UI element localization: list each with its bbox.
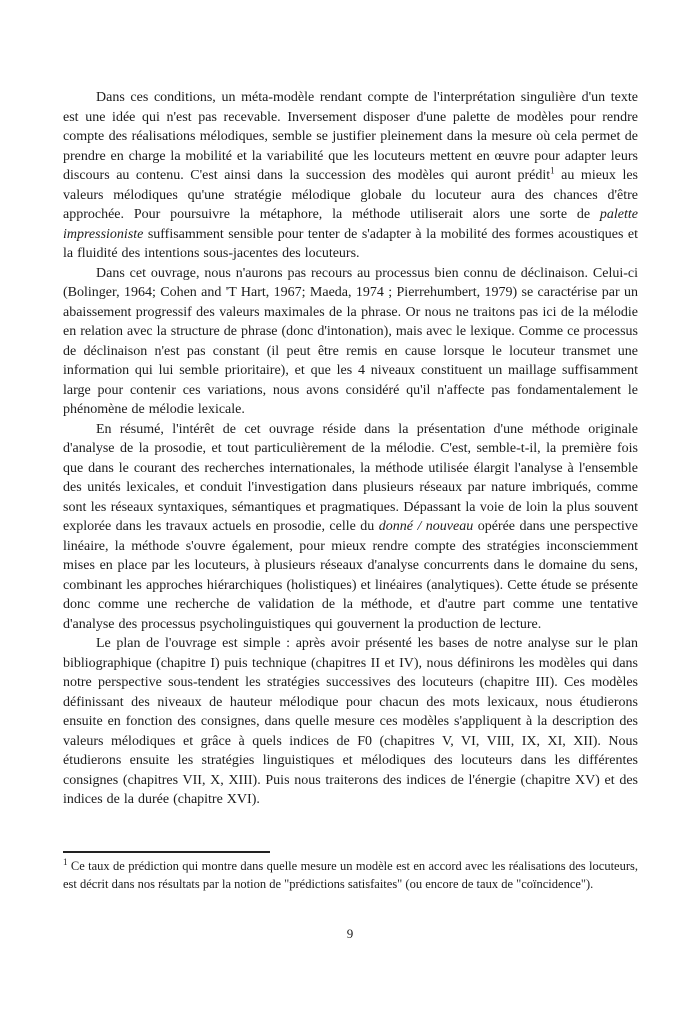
text-run: Le plan de l'ouvrage est simple : après … bbox=[63, 636, 638, 807]
paragraph: Le plan de l'ouvrage est simple : après … bbox=[63, 634, 638, 810]
text-run: Dans cet ouvrage, nous n'aurons pas reco… bbox=[63, 266, 638, 418]
italic-text-run: donné / nouveau bbox=[379, 519, 473, 534]
page-number: 9 bbox=[0, 926, 700, 942]
text-run: opérée dans une perspective linéaire, la… bbox=[63, 519, 638, 632]
text-run: suffisamment sensible pour tenter de s'a… bbox=[63, 227, 638, 262]
paragraph: Dans cet ouvrage, nous n'aurons pas reco… bbox=[63, 264, 638, 420]
paragraph: En résumé, l'intérêt de cet ouvrage rési… bbox=[63, 420, 638, 635]
footnote: 1 Ce taux de prédiction qui montre dans … bbox=[63, 857, 638, 893]
paragraph: Dans ces conditions, un méta-modèle rend… bbox=[63, 88, 638, 264]
page-body: Dans ces conditions, un méta-modèle rend… bbox=[63, 88, 638, 810]
footnote-separator bbox=[63, 851, 270, 853]
text-run: En résumé, l'intérêt de cet ouvrage rési… bbox=[63, 422, 638, 535]
text-run: Ce taux de prédiction qui montre dans qu… bbox=[63, 859, 638, 891]
document-page: Dans ces conditions, un méta-modèle rend… bbox=[0, 0, 700, 1028]
